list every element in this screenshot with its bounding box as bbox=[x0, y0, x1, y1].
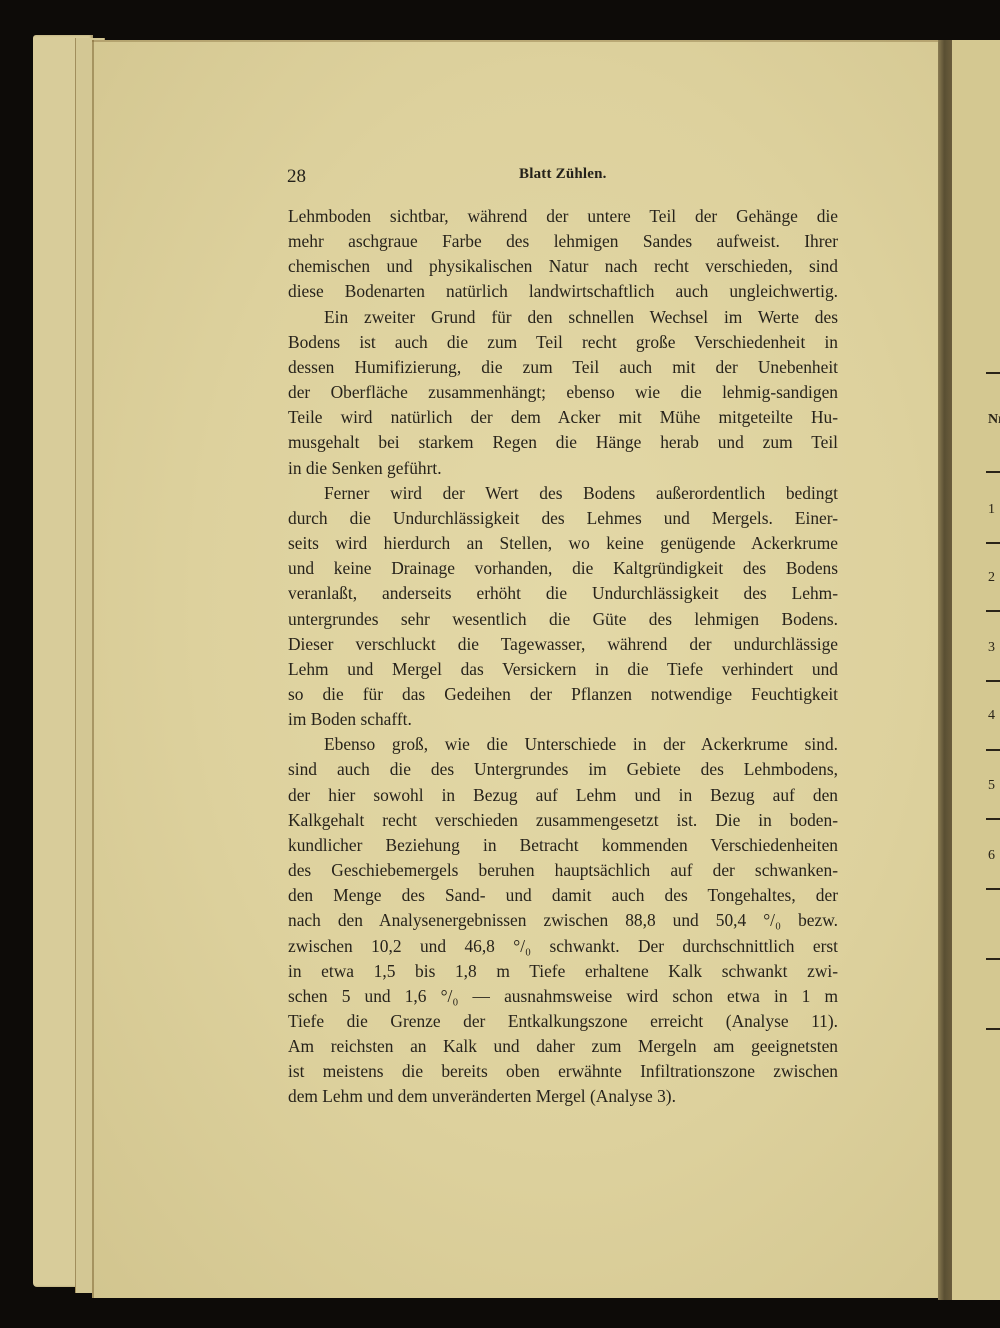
text-line: den Menge des Sand- und damit auch des T… bbox=[288, 883, 838, 908]
text-line: Ferner wird der Wert des Bodens außerord… bbox=[288, 481, 838, 506]
table-rule bbox=[986, 610, 1000, 612]
fragment-text: 3 bbox=[988, 640, 995, 656]
text-line: Bodens ist auch die zum Teil recht große… bbox=[288, 330, 838, 355]
text-line: kundlicher Beziehung in Betracht kommend… bbox=[288, 833, 838, 858]
paragraph: Ebenso groß, wie die Unterschiede in der… bbox=[288, 732, 838, 1109]
page-number: 28 bbox=[287, 166, 306, 188]
text-line: untergrundes sehr wesentlich die Güte de… bbox=[288, 607, 838, 632]
text-line: des Geschiebemergels beruhen hauptsächli… bbox=[288, 858, 838, 883]
text-line: musgehalt bei starkem Regen die Hänge he… bbox=[288, 430, 838, 455]
text-line: diese Bodenarten natürlich landwirtschaf… bbox=[288, 279, 838, 304]
text-line: Ein zweiter Grund für den schnellen Wech… bbox=[288, 305, 838, 330]
text-line: durch die Undurchlässigkeit des Lehmes u… bbox=[288, 506, 838, 531]
text-line: in die Senken geführt. bbox=[288, 456, 838, 481]
fragment-text: Nı bbox=[988, 412, 1000, 428]
table-rule bbox=[986, 680, 1000, 682]
text-line: dem Lehm und dem unveränderten Mergel (A… bbox=[288, 1084, 838, 1109]
text-line: zwischen 10,2 und 46,8 °/₀ schwankt. Der… bbox=[288, 934, 838, 959]
text-line: sind auch die des Untergrundes im Gebiet… bbox=[288, 757, 838, 782]
fragment-text: 1 bbox=[988, 502, 995, 518]
table-rule bbox=[986, 818, 1000, 820]
text-line: ist meistens die bereits oben erwähnte I… bbox=[288, 1059, 838, 1084]
fragment-text: 2 bbox=[988, 570, 995, 586]
table-rule bbox=[986, 1028, 1000, 1030]
text-line: Am reichsten an Kalk und daher zum Merge… bbox=[288, 1034, 838, 1059]
running-head: Blatt Zühlen. bbox=[519, 166, 607, 183]
fragment-text: 5 bbox=[988, 778, 995, 794]
text-line: in etwa 1,5 bis 1,8 m Tiefe erhaltene Ka… bbox=[288, 959, 838, 984]
fragment-text: 4 bbox=[988, 708, 995, 724]
text-line: im Boden schafft. bbox=[288, 707, 838, 732]
text-line: der Oberfläche zusammenhängt; ebenso wie… bbox=[288, 380, 838, 405]
text-line: schen 5 und 1,6 °/₀ — ausnahmsweise wird… bbox=[288, 984, 838, 1009]
text-line: der hier sowohl in Bezug auf Lehm und in… bbox=[288, 783, 838, 808]
text-line: Kalkgehalt recht verschieden zusammenges… bbox=[288, 808, 838, 833]
facing-page-edge: Nı 1 2 3 4 5 6 bbox=[952, 40, 1000, 1300]
text-line: dessen Humifizierung, die zum Teil auch … bbox=[288, 355, 838, 380]
paragraph: Ferner wird der Wert des Bodens außerord… bbox=[288, 481, 838, 733]
text-line: Teile wird natürlich der dem Acker mit M… bbox=[288, 405, 838, 430]
table-rule bbox=[986, 372, 1000, 374]
table-rule bbox=[986, 542, 1000, 544]
text-line: so die für das Gedeihen der Pflanzen not… bbox=[288, 682, 838, 707]
text-line: Lehmboden sichtbar, während der untere T… bbox=[288, 204, 838, 229]
body-text: Lehmboden sichtbar, während der untere T… bbox=[288, 204, 838, 1110]
table-rule bbox=[986, 888, 1000, 890]
scanned-book-spread: 28 Blatt Zühlen. Lehmboden sichtbar, wäh… bbox=[0, 0, 1000, 1328]
text-line: mehr aschgraue Farbe des lehmigen Sandes… bbox=[288, 229, 838, 254]
table-rule bbox=[986, 958, 1000, 960]
text-line: seits wird hierdurch an Stellen, wo kein… bbox=[288, 531, 838, 556]
text-line: veranlaßt, anderseits erhöht die Undurch… bbox=[288, 581, 838, 606]
fragment-text: 6 bbox=[988, 848, 995, 864]
text-line: Tiefe die Grenze der Entkalkungszone err… bbox=[288, 1009, 838, 1034]
table-rule bbox=[986, 471, 1000, 473]
text-line: nach den Analysenergebnissen zwischen 88… bbox=[288, 908, 838, 933]
text-line: chemischen und physikalischen Natur nach… bbox=[288, 254, 838, 279]
text-line: Lehm und Mergel das Versickern in die Ti… bbox=[288, 657, 838, 682]
text-line: Ebenso groß, wie die Unterschiede in der… bbox=[288, 732, 838, 757]
page-header: 28 Blatt Zühlen. bbox=[287, 166, 837, 190]
paragraph: Ein zweiter Grund für den schnellen Wech… bbox=[288, 305, 838, 481]
text-line: und keine Drainage vorhanden, die Kaltgr… bbox=[288, 556, 838, 581]
book-gutter-shadow bbox=[938, 40, 952, 1300]
table-rule bbox=[986, 749, 1000, 751]
text-line: Dieser verschluckt die Tagewasser, währe… bbox=[288, 632, 838, 657]
paragraph: Lehmboden sichtbar, während der untere T… bbox=[288, 204, 838, 305]
